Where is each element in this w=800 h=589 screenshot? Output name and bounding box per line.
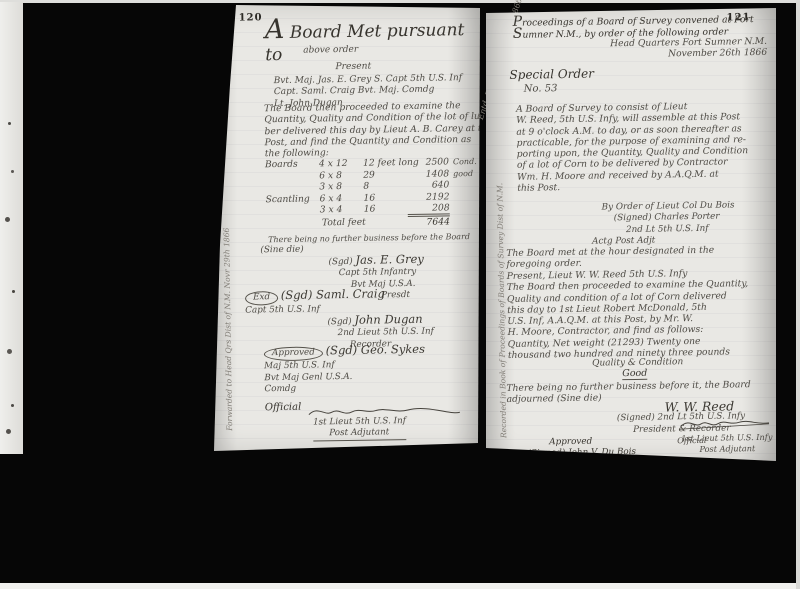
headquarters-dateline: Head Quarters Fort Sumner N.M.November 2…: [571, 36, 767, 62]
meeting-statement: The Board met at the hour designated in …: [506, 245, 714, 271]
official-label: Official: [265, 402, 302, 414]
approval-signature: Approved (Signed) John V. Du Bois Capt 3…: [549, 436, 648, 483]
by-order-block: By Order of Lieut Col Du Bois(Signed) Ch…: [592, 200, 736, 247]
lumber-table: Boards 4 x 12 12 feet long 2500 Cond. 6 …: [209, 156, 480, 218]
signature-name: (Sgd) Geo. Sykes: [326, 342, 426, 358]
signature-rank: 1st Lieut 5th U.S. Infy: [681, 432, 772, 445]
cell-feet: 640: [407, 179, 449, 191]
adjutant-signature: 1st Lieut 5th U.S. Inf Post Adjutant: [313, 416, 406, 441]
scanned-document: 120 A Board Met pursuant to above order …: [0, 0, 800, 589]
page-number: 120: [239, 12, 263, 23]
by-order-line: (Signed) Charles Porter: [592, 212, 735, 226]
exd-stamp: Exd: [245, 291, 278, 306]
body-paragraph: The Board then proceeded to examine theQ…: [264, 100, 495, 160]
proceedings-paragraph: Present, Lieut W. W. Reed 5th U.S. InfyT…: [507, 267, 750, 361]
page-subheading: above order: [303, 45, 358, 56]
scanner-edge-bottom: [0, 583, 800, 589]
table-total-row: Total feet 7644: [210, 215, 480, 231]
total-label: Total feet: [322, 217, 366, 229]
adjutant-signature: 1st Lieut 5th U.S. Infy Post Adjutant: [681, 432, 773, 456]
cell-feet: 2500: [407, 156, 449, 168]
signature-rank: 1st Lieut 5th U.S. Inf: [313, 416, 406, 429]
cell-size: 3 x 4: [320, 204, 362, 216]
page-heading: A Board Met pursuant to: [265, 11, 478, 65]
cell-item: [265, 181, 317, 182]
signature-role: Post Adjutant: [681, 443, 772, 456]
signature-rank: 2nd Lieut 5th U.S. Inf: [328, 327, 434, 340]
scanner-edge-right: [796, 0, 800, 589]
cell-item: [265, 170, 317, 171]
special-order-number: No. 53: [524, 83, 558, 95]
quality-value: Good: [622, 368, 647, 380]
cell-feet: 208: [408, 202, 450, 215]
cell-item: Boards: [265, 158, 317, 170]
order-paragraph: A Board of Survey to consist of LieutW. …: [516, 100, 749, 194]
order-line: this Post.: [517, 179, 749, 194]
signature-block-approval: Approved (Sgd) Geo. Sykes Maj 5th U.S. I…: [250, 344, 426, 396]
signature-role: Comdg: [250, 382, 425, 396]
signed-prefix: (Sgd): [327, 317, 351, 327]
cell-feet: 1408: [407, 168, 449, 180]
page-left-content: 120 A Board Met pursuant to above order …: [206, 3, 483, 455]
signature-flourish: [679, 412, 771, 431]
signed-prefix: (Sgd): [328, 257, 352, 267]
margin-annotation: Forwarded to Head Qrs Dist of N.M. Novr …: [222, 228, 234, 431]
special-order-label: Special Order: [509, 67, 594, 82]
signature-name: (Signed) John V. Du Bois: [527, 447, 647, 460]
signature-name: John Dugan: [354, 312, 422, 327]
scanner-edge-top: [0, 0, 800, 3]
cell-feet: 2192: [407, 191, 449, 203]
cell-item: [266, 204, 318, 205]
ledger-page-right: 121 Proceedings of a Board of Survey con…: [486, 6, 776, 461]
cell-note: good: [453, 167, 479, 179]
present-label: Present: [335, 61, 371, 73]
ledger-page-left: 120 A Board Met pursuant to above order …: [210, 5, 480, 453]
page-right-content: 121 Proceedings of a Board of Survey con…: [482, 4, 779, 463]
signature-role: Post Adjutant: [313, 427, 406, 441]
cell-item: Scantling: [265, 193, 317, 205]
cell-note: Cond.: [453, 156, 479, 168]
dateline-line: November 26th 1866: [571, 47, 767, 61]
signature-name: (Sgd) Saml. Craig: [281, 286, 385, 302]
ink-marks: [8, 122, 11, 125]
signature-rank: Capt 3rd U.S. Cav: [550, 458, 648, 471]
cell-size: 6 x 4: [319, 192, 361, 204]
previous-page-edge: [0, 2, 23, 454]
signature-rank: Capt 5th Infantry: [329, 267, 424, 280]
approved-stamp: Approved: [264, 346, 323, 361]
signature-name: Jas. E. Grey: [355, 252, 424, 267]
signature-role: Comdg Post: [550, 470, 648, 483]
total-value: 7644: [408, 215, 450, 228]
cell-size: 6 x 8: [319, 169, 361, 181]
cell-size: 4 x 12: [319, 158, 361, 170]
cell-size: 3 x 8: [319, 181, 361, 193]
